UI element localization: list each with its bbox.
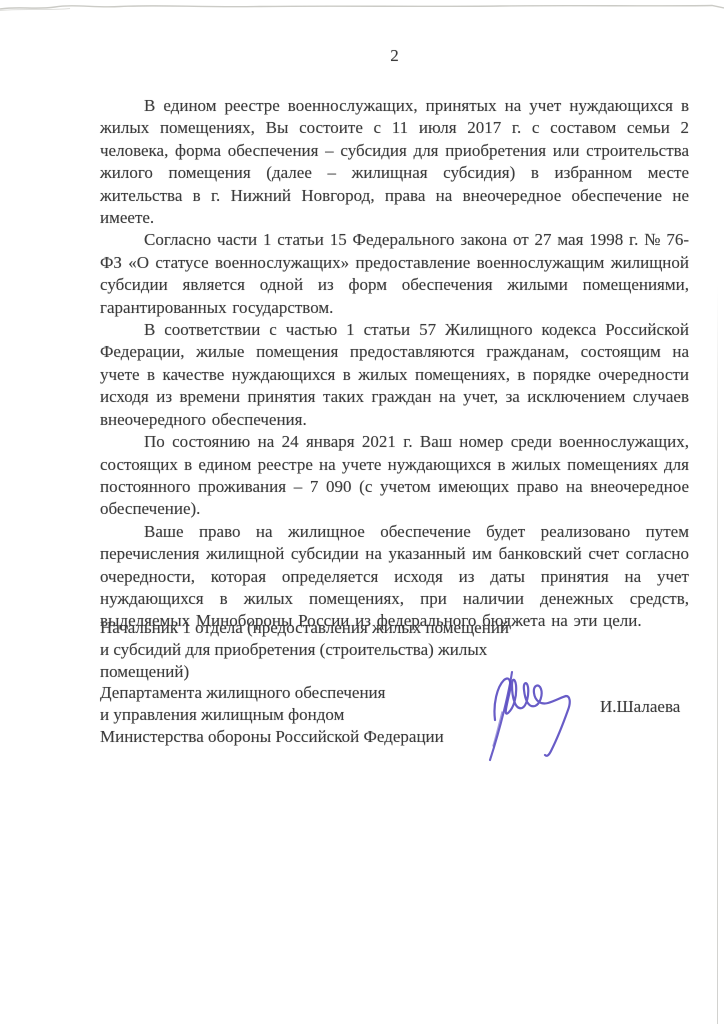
page-number: 2 — [100, 46, 689, 66]
paragraph-queue-number: По состоянию на 24 января 2021 г. Ваш но… — [100, 431, 689, 521]
scan-edge-right-line — [717, 285, 719, 1024]
signature-block: Начальник 1 отдела (предоставления жилых… — [100, 617, 560, 748]
document-page: 2 В едином реестре военнослужащих, приня… — [0, 0, 724, 1024]
signature-title-line: Департамента жилищного обеспечения — [100, 682, 560, 704]
signature-title-line: Министерства обороны Российской Федераци… — [100, 726, 560, 748]
paragraph-registry-status: В едином реестре военнослужащих, приняты… — [100, 95, 689, 229]
paragraph-law-76fz: Согласно части 1 статьи 15 Федерального … — [100, 229, 689, 319]
paragraph-housing-code: В соответствии с частью 1 статьи 57 Жили… — [100, 319, 689, 431]
scan-edge-top-line — [0, 0, 724, 18]
signer-name: И.Шалаева — [600, 697, 680, 717]
paragraph-subsidy-realization: Ваше право на жилищное обеспечение будет… — [100, 521, 689, 633]
signature-title-line: и управления жилищным фондом — [100, 704, 560, 726]
letter-body: В едином реестре военнослужащих, приняты… — [100, 95, 689, 633]
signature-title-line: и субсидий для приобретения (строительст… — [100, 639, 560, 683]
signature-title-line: Начальник 1 отдела (предоставления жилых… — [100, 617, 560, 639]
